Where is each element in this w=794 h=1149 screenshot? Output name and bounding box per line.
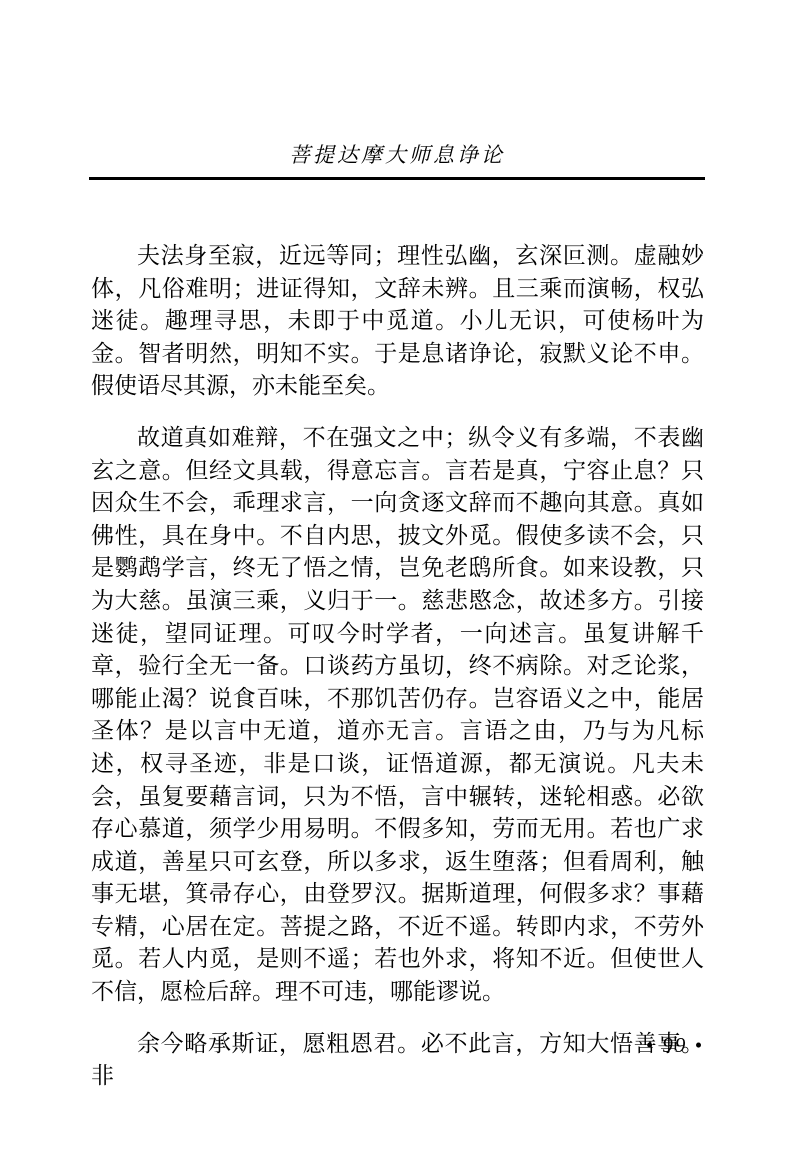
page-title: 菩提达摩大师息诤论 — [90, 139, 704, 169]
document-page: 菩提达摩大师息诤论 夫法身至寂，近远等同；理性弘幽，玄深叵测。虚融妙体，凡俗难明… — [0, 0, 794, 1149]
body-text: 夫法身至寂，近远等同；理性弘幽，玄深叵测。虚融妙体，凡俗难明；进证得知，文辞未辨… — [91, 240, 704, 1112]
page-number: • 99 • — [90, 1033, 704, 1058]
paragraph-1: 夫法身至寂，近远等同；理性弘幽，玄深叵测。虚融妙体，凡俗难明；进证得知，文辞未辨… — [91, 240, 704, 403]
header-rule — [89, 177, 705, 180]
paragraph-2: 故道真如难辩，不在强文之中；纵令义有多端，不表幽玄之意。但经文具载，得意忘言。言… — [91, 422, 704, 1009]
